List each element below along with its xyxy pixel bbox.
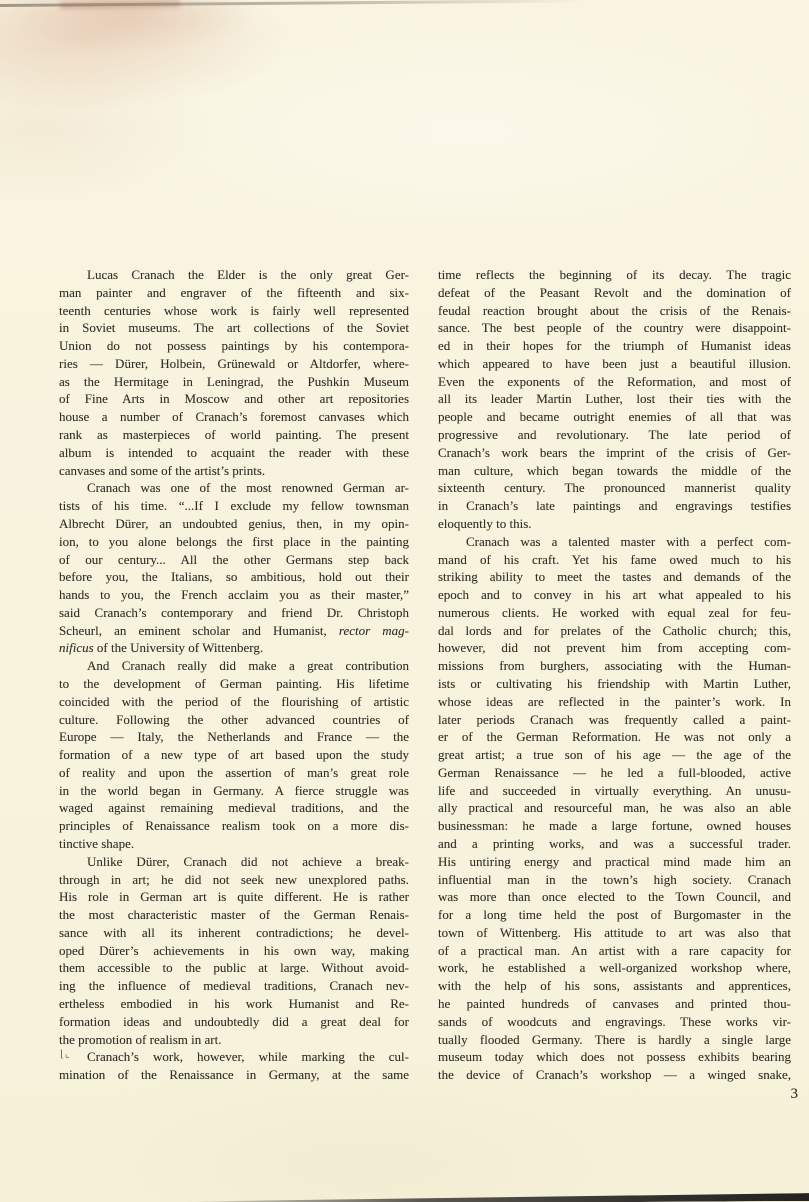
text-line: ists or cultivating his friendship with … xyxy=(438,675,791,693)
text-line: Cranach’s work, however, while marking t… xyxy=(59,1048,409,1066)
text-line: influential man in the town’s high socie… xyxy=(438,871,791,889)
book-page: Lucas Cranach the Elder is the only grea… xyxy=(0,0,809,1202)
text-line: however, did not prevent him from accept… xyxy=(438,639,791,657)
text-line: the promotion of realism in art. xyxy=(59,1031,409,1049)
text-line: hands to you, the French acclaim you as … xyxy=(59,586,409,604)
text-line: said Cranach’s contemporary and friend D… xyxy=(59,604,409,622)
text-line: dal lords and for prelates of the Cathol… xyxy=(438,622,791,640)
text-line: work, he established a well-organized wo… xyxy=(438,959,791,977)
text-line: eloquently to this. xyxy=(438,515,791,533)
text-line: through in art; he did not seek new unex… xyxy=(59,871,409,889)
text-line: principles of Renaissance realism took o… xyxy=(59,817,409,835)
text-line: mination of the Renaissance in Germany, … xyxy=(59,1066,409,1084)
text-line: ing the influence of medieval traditions… xyxy=(59,977,409,995)
text-line: in Cranach’s late paintings and engravin… xyxy=(438,497,791,515)
text-line: man painter and engraver of the fifteent… xyxy=(59,284,409,302)
text-line: ally practical and resourceful man, he w… xyxy=(438,799,791,817)
text-line: progressive and revolutionary. The late … xyxy=(438,426,791,444)
text-line: His role in German art is quite differen… xyxy=(59,888,409,906)
text-line: of reality and upon the assertion of man… xyxy=(59,764,409,782)
text-line: Lucas Cranach the Elder is the only grea… xyxy=(59,266,409,284)
paragraph: Cranach’s work, however, while marking t… xyxy=(59,1048,409,1084)
text-line: Union do not possess paintings by his co… xyxy=(59,337,409,355)
text-line: sance with all its inherent contradictio… xyxy=(59,924,409,942)
text-line: tists of his time. “...If I exclude my f… xyxy=(59,497,409,515)
text-line: before you, the Italians, so ambitious, … xyxy=(59,568,409,586)
text-column-right: time reflects the beginning of its decay… xyxy=(438,266,791,1084)
text-line: in Soviet museums. The art collections o… xyxy=(59,319,409,337)
text-line: And Cranach really did make a great cont… xyxy=(59,657,409,675)
text-line: later periods Cranach was frequently cal… xyxy=(438,711,791,729)
text-line: man culture, which began towards the mid… xyxy=(438,462,791,480)
text-line: ertheless embodied in his work Humanist … xyxy=(59,995,409,1013)
text-line: he painted hundreds of canvases and prin… xyxy=(438,995,791,1013)
text-line: Europe — Italy, the Netherlands and Fran… xyxy=(59,728,409,746)
text-line: to the development of German painting. H… xyxy=(59,675,409,693)
text-line: canvases and some of the artist’s prints… xyxy=(59,462,409,480)
text-line: album is intended to acquaint the reader… xyxy=(59,444,409,462)
text-line: businessman: he made a large fortune, ow… xyxy=(438,817,791,835)
text-line: and a printing works, and was a successf… xyxy=(438,835,791,853)
text-line: tinctive shape. xyxy=(59,835,409,853)
text-line: house a number of Cranach’s foremost can… xyxy=(59,408,409,426)
text-line: waged against remaining medieval traditi… xyxy=(59,799,409,817)
text-column-left: Lucas Cranach the Elder is the only grea… xyxy=(59,266,409,1084)
paragraph: Cranach was one of the most renowned Ger… xyxy=(59,479,409,657)
text-line: the most characteristic master of the Ge… xyxy=(59,906,409,924)
text-line: of our century... All the other Germans … xyxy=(59,551,409,569)
text-line: museum today which does not possess exhi… xyxy=(438,1048,791,1066)
text-line: Albrecht Dürer, an undoubted genius, the… xyxy=(59,515,409,533)
text-line: of Fine Arts in Moscow and other art rep… xyxy=(59,390,409,408)
text-line: of a practical man. An artist with a rar… xyxy=(438,942,791,960)
text-line: feudal reaction brought about the crisis… xyxy=(438,302,791,320)
text-line: Cranach was one of the most renowned Ger… xyxy=(59,479,409,497)
text-line: striking ability to meet the tastes and … xyxy=(438,568,791,586)
text-line: with the help of his sons, assistants an… xyxy=(438,977,791,995)
text-line: town of Wittenberg. His attitude to art … xyxy=(438,924,791,942)
text-line: missions from burghers, associating with… xyxy=(438,657,791,675)
paragraph: And Cranach really did make a great cont… xyxy=(59,657,409,853)
text-line: all its leader Martin Luther, lost their… xyxy=(438,390,791,408)
text-line: was more than once elected to the Town C… xyxy=(438,888,791,906)
text-line: sixteenth century. The pronounced manner… xyxy=(438,479,791,497)
text-line: ries — Dürer, Holbein, Grünewald or Altd… xyxy=(59,355,409,373)
text-line: epoch and to convey in his art what appe… xyxy=(438,586,791,604)
text-line: sance. The best people of the country we… xyxy=(438,319,791,337)
text-line: numerous clients. He worked with equal z… xyxy=(438,604,791,622)
text-line: life and succeeded in virtually everythi… xyxy=(438,782,791,800)
scan-edge-bottom xyxy=(183,1193,809,1202)
text-line: Cranach was a talented master with a per… xyxy=(438,533,791,551)
text-line: German Renaissance — he led a full-blood… xyxy=(438,764,791,782)
text-line: time reflects the beginning of its decay… xyxy=(438,266,791,284)
text-line: ed in their hopes for the triumph of Hum… xyxy=(438,337,791,355)
print-artifact: ⌊⌞ xyxy=(60,1049,71,1060)
text-line: people and became outright enemies of al… xyxy=(438,408,791,426)
text-line: as the Hermitage in Leningrad, the Pushk… xyxy=(59,373,409,391)
text-line: coincided with the period of the flouris… xyxy=(59,693,409,711)
text-line: them accessible to the public at large. … xyxy=(59,959,409,977)
page-number: 3 xyxy=(791,1085,799,1103)
text-line: great artist; a true son of his age — th… xyxy=(438,746,791,764)
text-line: which appeared to have been just a beaut… xyxy=(438,355,791,373)
text-line: formation ideas and undoubtedly did a gr… xyxy=(59,1013,409,1031)
text-line: whose ideas are reflected in the painter… xyxy=(438,693,791,711)
text-line: sands of woodcuts and engravings. These … xyxy=(438,1013,791,1031)
scan-smudge xyxy=(60,0,180,9)
text-line: Cranach’s work bears the imprint of the … xyxy=(438,444,791,462)
paragraph: Cranach was a talented master with a per… xyxy=(438,533,791,1084)
paragraph: time reflects the beginning of its decay… xyxy=(438,266,791,533)
text-line: Unlike Dürer, Cranach did not achieve a … xyxy=(59,853,409,871)
paragraph: Lucas Cranach the Elder is the only grea… xyxy=(59,266,409,479)
text-line: oped Dürer’s achievements in his own way… xyxy=(59,942,409,960)
text-line: ion, to you alone belongs the first plac… xyxy=(59,533,409,551)
page-text: Lucas Cranach the Elder is the only grea… xyxy=(59,266,791,1084)
text-line: in the world began in Germany. A fierce … xyxy=(59,782,409,800)
text-line: defeat of the Peasant Revolt and the dom… xyxy=(438,284,791,302)
text-line: tually flooded Germany. There is hardly … xyxy=(438,1031,791,1049)
text-line: Scheurl, an eminent scholar and Humanist… xyxy=(59,622,409,640)
text-line: mand of his craft. Yet his fame owed muc… xyxy=(438,551,791,569)
text-line: the device of Cranach’s workshop — a win… xyxy=(438,1066,791,1084)
text-line: nificus of the University of Wittenberg. xyxy=(59,639,409,657)
text-line: for a long time held the post of Burgoma… xyxy=(438,906,791,924)
text-line: His untiring energy and practical mind m… xyxy=(438,853,791,871)
text-line: teenth centuries whose work is fairly we… xyxy=(59,302,409,320)
text-line: formation of a new type of art based upo… xyxy=(59,746,409,764)
text-line: rank as masterpieces of world painting. … xyxy=(59,426,409,444)
text-line: er of the German Reformation. He was not… xyxy=(438,728,791,746)
paragraph: Unlike Dürer, Cranach did not achieve a … xyxy=(59,853,409,1049)
text-line: Even the exponents of the Reformation, a… xyxy=(438,373,791,391)
text-line: culture. Following the other advanced co… xyxy=(59,711,409,729)
